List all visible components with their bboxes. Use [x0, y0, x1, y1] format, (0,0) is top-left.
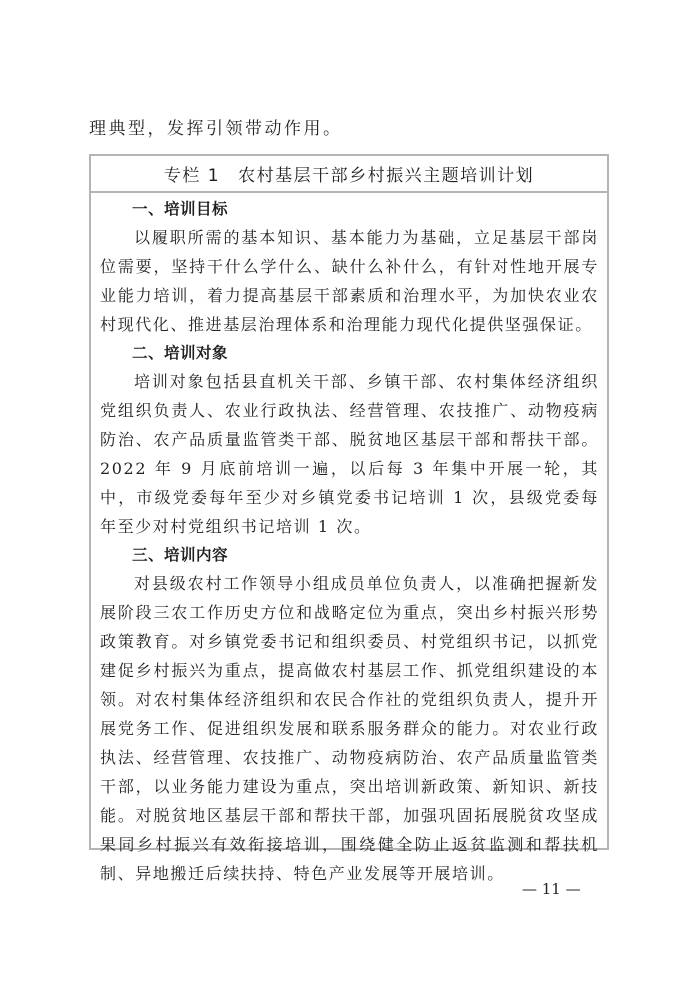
section-text-goal: 以履职所需的基本知识、基本能力为基础，立足基层干部岗位需要，坚持干什么学什么、缺…: [100, 223, 599, 339]
column-box: 专栏 1 农村基层干部乡村振兴主题培训计划 一、培训目标 以履职所需的基本知识、…: [89, 154, 609, 850]
column-title: 农村基层干部乡村振兴主题培训计划: [238, 161, 534, 186]
lead-paragraph: 理典型，发挥引领带动作用。: [89, 114, 343, 144]
section-heading-content: 三、培训内容: [100, 541, 599, 569]
column-label: 专栏 1: [164, 161, 220, 186]
section-text-content: 对县级农村工作领导小组成员单位负责人，以准确把握新发展阶段三农工作历史方位和战略…: [100, 569, 599, 888]
column-box-body: 一、培训目标 以履职所需的基本知识、基本能力为基础，立足基层干部岗位需要，坚持干…: [91, 193, 607, 888]
section-heading-goal: 一、培训目标: [100, 195, 599, 223]
column-box-header: 专栏 1 农村基层干部乡村振兴主题培训计划: [91, 156, 607, 193]
section-heading-targets: 二、培训对象: [100, 339, 599, 367]
section-text-targets: 培训对象包括县直机关干部、乡镇干部、农村集体经济组织党组织负责人、农业行政执法、…: [100, 367, 599, 541]
page-number: — 11 —: [522, 880, 581, 898]
